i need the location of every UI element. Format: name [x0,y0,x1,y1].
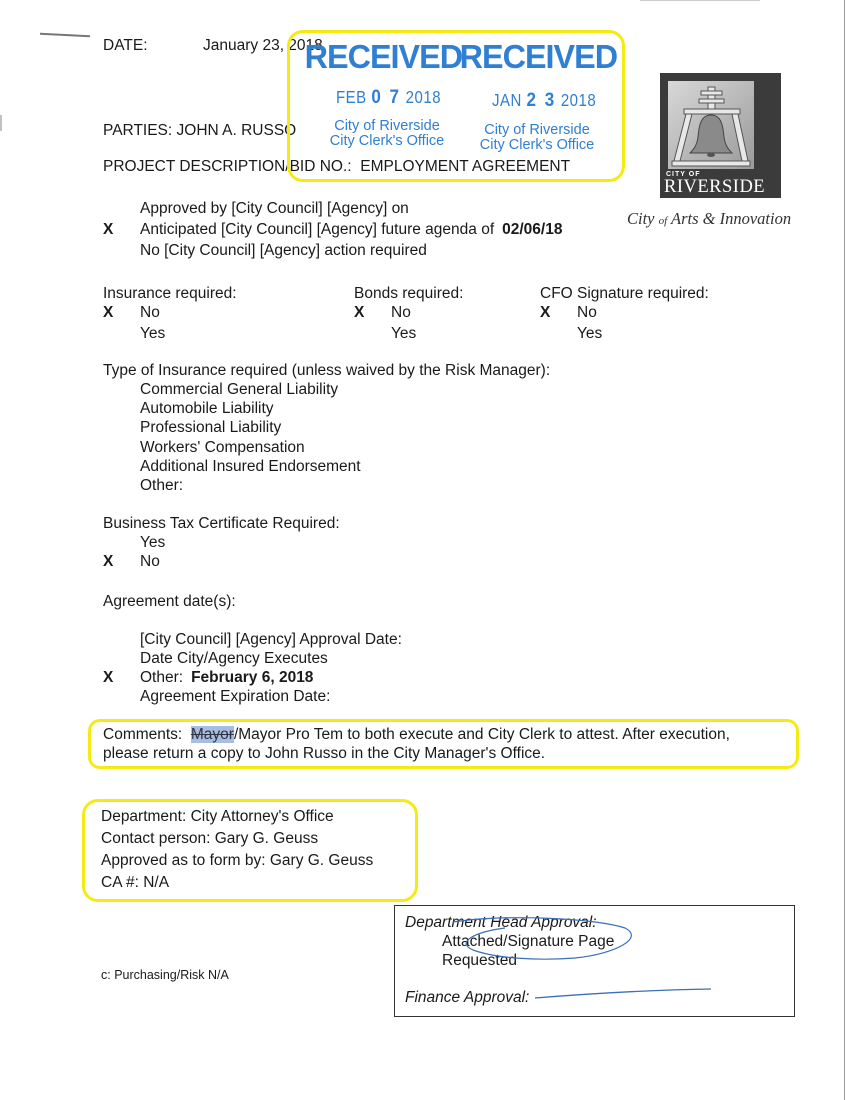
scan-smudge [0,115,6,131]
signature-ink [395,906,794,1016]
agreement-date-label: Other: [140,669,183,686]
parties-field: PARTIES: JOHN A. RUSSO [103,121,296,140]
business-tax-title: Business Tax Certificate Required: [103,514,340,533]
checkbox-mark: X [354,303,364,322]
insurance-type-item: Professional Liability [140,418,281,437]
insurance-type-item: Workers' Compensation [140,438,305,457]
cfo-signature-required-option: Yes [577,324,602,343]
agreement-date-label: [City Council] [Agency] Approval Date: [140,631,402,648]
agreement-date-item: [City Council] [Agency] Approval Date: [140,630,402,649]
mission-bell-icon [668,81,754,169]
cfo-signature-required-option: No [577,303,597,322]
agreement-date-item: Agreement Expiration Date: [140,687,330,706]
insurance-type-item: Other: [140,476,183,495]
page-edge [844,0,845,1100]
business-tax-option: No [140,552,160,571]
council-option: Anticipated [City Council] [Agency] futu… [140,220,562,239]
logo-name: RIVERSIDE [664,177,765,198]
city-logo: CITY OF RIVERSIDE [660,73,781,198]
approval-box: Department Head Approval: Attached/Signa… [394,905,795,1017]
bonds-required-option: Yes [391,324,416,343]
insurance-required-option: Yes [140,324,165,343]
checkbox-mark: X [103,220,113,239]
bonds-required-title: Bonds required: [354,284,463,303]
checkbox-mark: X [540,303,550,322]
council-option: Approved by [City Council] [Agency] on [140,199,409,218]
logo-tagline: City of Arts & Innovation [627,209,791,229]
scan-mark [40,33,90,38]
highlight-contact [82,799,418,902]
highlight-comments [88,719,799,769]
bonds-required-option: No [391,303,411,322]
council-option: No [City Council] [Agency] action requir… [140,241,427,260]
highlight-stamps [287,30,625,182]
checkbox-mark: X [103,303,113,322]
insurance-types-title: Type of Insurance required (unless waive… [103,361,550,380]
agenda-date-value: 02/06/18 [502,221,562,238]
insurance-required-option: No [140,303,160,322]
insurance-type-item: Automobile Liability [140,399,274,418]
agreement-date-item: Date City/Agency Executes [140,649,328,668]
agreement-date-label: Date City/Agency Executes [140,650,328,667]
parties-label: PARTIES: [103,122,172,139]
council-option-label: Anticipated [City Council] [Agency] futu… [140,221,494,238]
checkbox-mark: X [103,668,113,687]
parties-value: JOHN A. RUSSO [177,122,297,139]
insurance-type-item: Additional Insured Endorsement [140,457,361,476]
agreement-date-item: Other:February 6, 2018 [140,668,313,687]
cc-line: c: Purchasing/Risk N/A [101,966,229,985]
insurance-required-title: Insurance required: [103,284,237,303]
cfo-signature-required-title: CFO Signature required: [540,284,709,303]
business-tax-option: Yes [140,533,165,552]
agreement-dates-title: Agreement date(s): [103,592,236,611]
agreement-date-label: Agreement Expiration Date: [140,688,330,705]
checkbox-mark: X [103,552,113,571]
date-label: DATE: [103,36,148,55]
page-edge-top [640,0,760,1]
insurance-type-item: Commercial General Liability [140,380,338,399]
agreement-date-value: February 6, 2018 [191,669,313,686]
